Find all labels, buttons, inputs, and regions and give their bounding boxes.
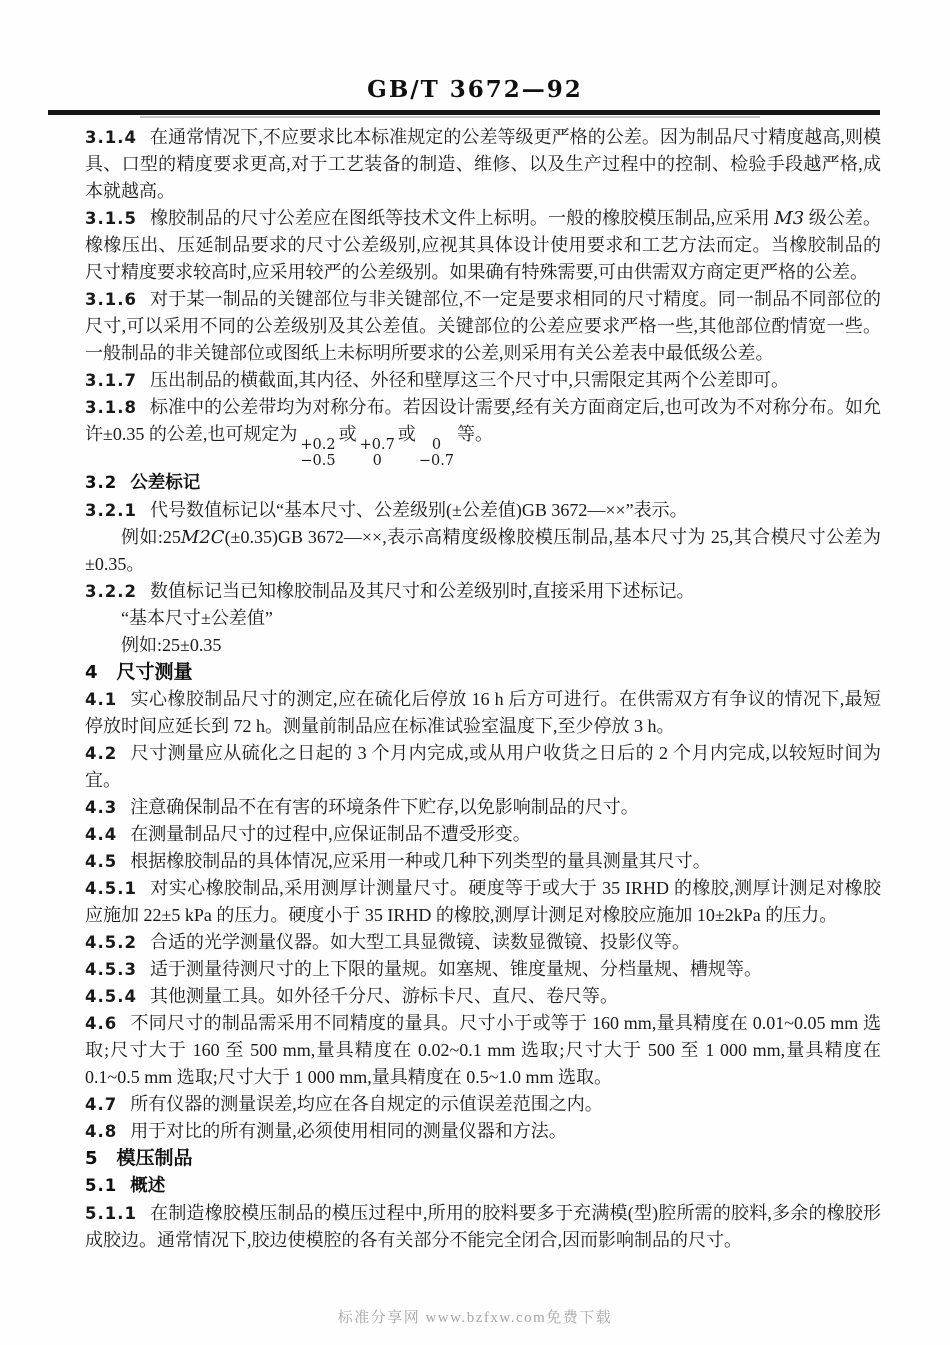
document-body: 3.1.4在通常情况下,不应要求比本标准规定的公差等级更严格的公差。因为制品尺寸… (85, 124, 881, 1254)
tolerance-upper: +0.7 (360, 437, 395, 453)
clause-text: 其他测量工具。如外径千分尺、游标卡尺、直尺、卷尺等。 (150, 986, 618, 1006)
clause-text: 不同尺寸的制品需采用不同精度的量具。尺寸小于或等于 160 mm,量具精度在 0… (85, 1013, 881, 1087)
clause-number: 4.1 (85, 690, 117, 709)
clause-4-5-1: 4.5.1对实心橡胶制品,采用测厚计测量尺寸。硬度等于或大于 35 IRHD 的… (85, 875, 881, 929)
clause-text: 用于对比的所有测量,必须使用相同的测量仪器和方法。 (130, 1121, 567, 1141)
heading-5-1: 5.1概述 (85, 1172, 881, 1200)
clause-text: 合适的光学测量仪器。如大型工具显微镜、读数显微镜、投影仪等。 (150, 932, 690, 952)
chapter-number: 4 (85, 662, 99, 683)
clause-number: 4.5.4 (85, 987, 137, 1006)
chapter-title: 模压制品 (117, 1147, 193, 1169)
clause-text: 所有仪器的测量误差,均应在各自规定的示值误差范围之内。 (130, 1094, 603, 1114)
tolerance-upper: +0.2 (300, 437, 335, 453)
clause-text: 对实心橡胶制品,采用测厚计测量尺寸。硬度等于或大于 35 IRHD 的橡胶,测厚… (85, 878, 881, 925)
example-3-2-1: 例如:25M2C(±0.35)GB 3672—××,表示高精度级橡胶模压制品,基… (85, 524, 881, 578)
header-rule-shadow (140, 116, 760, 118)
clause-number: 3.1.5 (85, 209, 137, 228)
tolerance-grade-designation: M3 (774, 208, 804, 229)
clause-number: 4.5.2 (85, 933, 137, 952)
tolerance-lower: −0.7 (419, 453, 454, 469)
clause-4-3: 4.3注意确保制品不在有害的环境条件下贮存,以免影响制品的尺寸。 (85, 794, 881, 821)
tolerance-lower: −0.5 (300, 453, 335, 469)
clause-number: 5.1.1 (85, 1204, 137, 1223)
clause-5-1-1: 5.1.1在制造橡胶模压制品的模压过程中,所用的胶料要多于充满模(型)腔所需的胶… (85, 1200, 881, 1254)
clause-number: 4.2 (85, 744, 117, 763)
heading-3-2: 3.2公差标记 (85, 469, 881, 497)
clause-text: 根据橡胶制品的具体情况,应采用一种或几种下列类型的量具测量其尺寸。 (130, 851, 711, 871)
tolerance-stack-3: 0−0.7 (419, 437, 454, 469)
clause-text: 橡胶制品的尺寸公差应在图纸等技术文件上标明。一般的橡胶模压制品,应采用 (150, 208, 774, 228)
or-separator: 或 (339, 424, 357, 444)
clause-text: 压出制品的横截面,其内径、外径和壁厚这三个尺寸中,只需限定其两个公差即可。 (150, 370, 789, 390)
clause-text: 在通常情况下,不应要求比本标准规定的公差等级更严格的公差。因为制品尺寸精度越高,… (85, 127, 881, 201)
clause-text: 在制造橡胶模压制品的模压过程中,所用的胶料要多于充满模(型)腔所需的胶料,多余的… (85, 1203, 881, 1250)
tolerance-stack-1: +0.2−0.5 (300, 437, 335, 469)
clause-number: 3.1.8 (85, 398, 137, 417)
clause-number: 4.5.1 (85, 879, 137, 898)
chapter-5-heading: 5模压制品 (85, 1145, 881, 1172)
clause-3-1-7: 3.1.7压出制品的横截面,其内径、外径和壁厚这三个尺寸中,只需限定其两个公差即… (85, 367, 881, 394)
clause-number: 4.5 (85, 852, 117, 871)
clause-text: 代号数值标记以“基本尺寸、公差级别(±公差值)GB 3672—××”表示。 (150, 500, 688, 520)
clause-text: 注意确保制品不在有害的环境条件下贮存,以免影响制品的尺寸。 (130, 797, 639, 817)
clause-4-6: 4.6不同尺寸的制品需采用不同精度的量具。尺寸小于或等于 160 mm,量具精度… (85, 1010, 881, 1091)
chapter-number: 5 (85, 1148, 99, 1169)
clause-3-1-8: 3.1.8标准中的公差带均为对称分布。若因设计需要,经有关方面商定后,也可改为不… (85, 394, 881, 469)
header-rule (48, 110, 880, 115)
clause-3-2-1: 3.2.1代号数值标记以“基本尺寸、公差级别(±公差值)GB 3672—××”表… (85, 497, 881, 524)
tolerance-stack-2: +0.70 (360, 437, 395, 469)
clause-number: 3.1.7 (85, 371, 137, 390)
example-3-2-2: 例如:25±0.35 (85, 632, 881, 659)
clause-3-1-4: 3.1.4在通常情况下,不应要求比本标准规定的公差等级更严格的公差。因为制品尺寸… (85, 124, 881, 205)
clause-4-5-2: 4.5.2合适的光学测量仪器。如大型工具显微镜、读数显微镜、投影仪等。 (85, 929, 881, 956)
clause-number: 3.2.2 (85, 582, 137, 601)
clause-4-5-3: 4.5.3适于测量待测尺寸的上下限的量规。如塞规、锥度量规、分档量规、槽规等。 (85, 956, 881, 983)
clause-4-5-4: 4.5.4其他测量工具。如外径千分尺、游标卡尺、直尺、卷尺等。 (85, 983, 881, 1010)
chapter-4-heading: 4尺寸测量 (85, 659, 881, 686)
product-designation: M2C (181, 527, 225, 548)
section-number: 3.2 (85, 473, 117, 492)
clause-number: 3.1.4 (85, 128, 137, 147)
section-title: 公差标记 (130, 473, 200, 493)
section-number: 5.1 (85, 1176, 117, 1195)
document-page: GB/T 3672—92 3.1.4在通常情况下,不应要求比本标准规定的公差等级… (0, 0, 950, 1345)
tolerance-lower: 0 (373, 453, 382, 469)
clause-3-1-6: 3.1.6对于某一制品的关键部位与非关键部位,不一定是要求相同的尺寸精度。同一制… (85, 286, 881, 367)
clause-text: 等。 (457, 424, 493, 444)
watermark-footer: 标准分享网 www.bzfxw.com免费下载 (0, 1306, 950, 1327)
clause-number: 3.1.6 (85, 290, 137, 309)
clause-number: 4.5.3 (85, 960, 137, 979)
marking-format-quote: “基本尺寸±公差值” (85, 605, 881, 632)
clause-number: 3.2.1 (85, 501, 137, 520)
or-separator: 或 (398, 424, 416, 444)
section-title: 概述 (130, 1176, 165, 1196)
clause-4-7: 4.7所有仪器的测量误差,均应在各自规定的示值误差范围之内。 (85, 1091, 881, 1118)
tolerance-upper: 0 (432, 437, 441, 453)
clause-text: 适于测量待测尺寸的上下限的量规。如塞规、锥度量规、分档量规、槽规等。 (150, 959, 762, 979)
clause-text: 在测量制品尺寸的过程中,应保证制品不遭受形变。 (130, 824, 531, 844)
clause-text: 实心橡胶制品尺寸的测定,应在硫化后停放 16 h 后方可进行。在供需双方有争议的… (85, 689, 881, 736)
doc-number: GB/T 3672—92 (0, 76, 950, 103)
clause-text: 数值标记当已知橡胶制品及其尺寸和公差级别时,直接采用下述标记。 (150, 581, 695, 601)
clause-text: 对于某一制品的关键部位与非关键部位,不一定是要求相同的尺寸精度。同一制品不同部位… (85, 289, 881, 363)
clause-text: 尺寸测量应从硫化之日起的 3 个月内完成,或从用户收货之日后的 2 个月内完成,… (85, 743, 881, 790)
clause-number: 4.3 (85, 798, 117, 817)
chapter-title: 尺寸测量 (117, 661, 193, 683)
clause-3-2-2: 3.2.2数值标记当已知橡胶制品及其尺寸和公差级别时,直接采用下述标记。 (85, 578, 881, 605)
clause-number: 4.4 (85, 825, 117, 844)
clause-3-1-5: 3.1.5橡胶制品的尺寸公差应在图纸等技术文件上标明。一般的橡胶模压制品,应采用… (85, 205, 881, 286)
example-text: 例如:25 (121, 527, 181, 547)
clause-number: 4.8 (85, 1122, 117, 1141)
clause-4-1: 4.1实心橡胶制品尺寸的测定,应在硫化后停放 16 h 后方可进行。在供需双方有… (85, 686, 881, 740)
clause-4-8: 4.8用于对比的所有测量,必须使用相同的测量仪器和方法。 (85, 1118, 881, 1145)
clause-4-4: 4.4在测量制品尺寸的过程中,应保证制品不遭受形变。 (85, 821, 881, 848)
clause-4-2: 4.2尺寸测量应从硫化之日起的 3 个月内完成,或从用户收货之日后的 2 个月内… (85, 740, 881, 794)
clause-number: 4.6 (85, 1014, 117, 1033)
clause-number: 4.7 (85, 1095, 117, 1114)
clause-4-5: 4.5根据橡胶制品的具体情况,应采用一种或几种下列类型的量具测量其尺寸。 (85, 848, 881, 875)
